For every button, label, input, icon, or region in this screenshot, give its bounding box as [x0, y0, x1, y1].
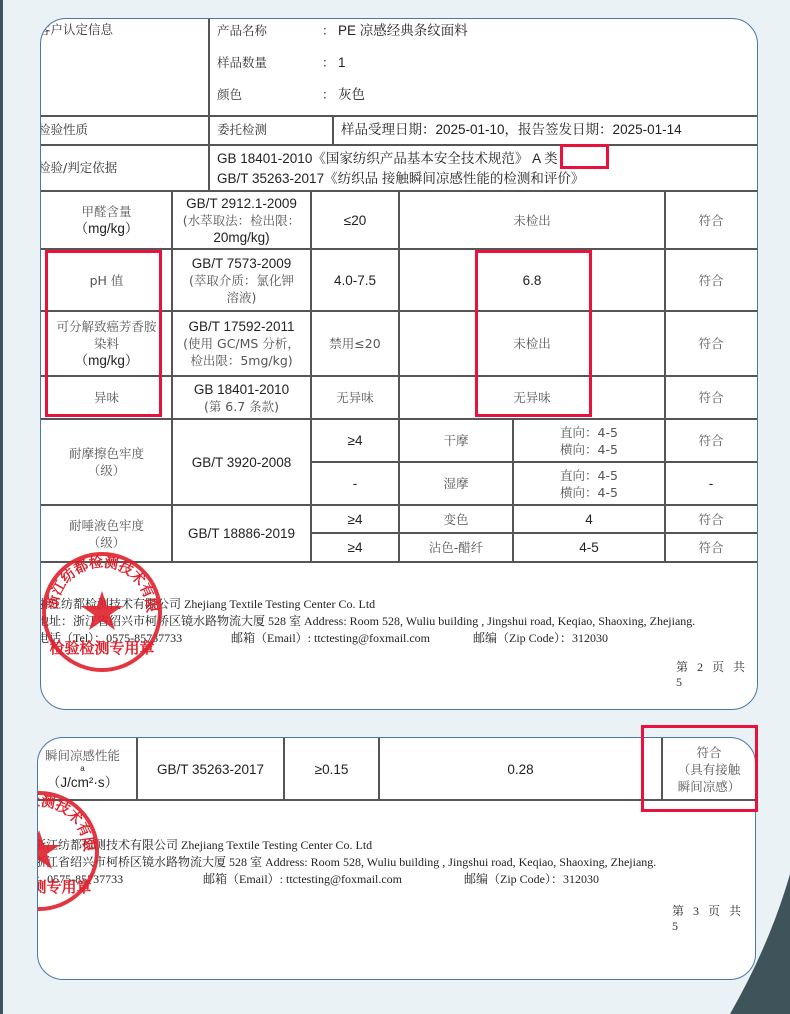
row-verdict: 符合 — [665, 376, 757, 419]
row-verdict: - — [665, 462, 757, 505]
basis-standard-1: GB 18401-2010《国家纺织产品基本安全技术规范》 A 类 — [217, 150, 558, 167]
row-result: 直向：4-5横向：4-5 — [513, 462, 665, 505]
row-verdict: 符合 — [665, 249, 757, 311]
category-tag: A 类 — [532, 151, 558, 166]
field-label-color: 颜色 — [217, 86, 242, 103]
row-verdict: 符合 — [665, 505, 757, 533]
row-method: GB/T 2912.1-2009(水萃取法：检出限：20mg/kg) — [172, 191, 311, 249]
row-item: 耐摩擦色牢度（级） — [41, 419, 172, 505]
row-requirement: 无异味 — [311, 376, 399, 419]
row-requirement: ≥4 — [311, 505, 399, 533]
basis-label: 检验/判定依据 — [40, 159, 117, 176]
svg-text:检验检测专用章: 检验检测专用章 — [37, 878, 92, 896]
row-method: GB/T 35263-2017 — [137, 738, 284, 800]
row-requirement: ≥4 — [311, 533, 399, 562]
row-verdict: 符合 — [665, 311, 757, 376]
official-seal-stamp: 检验检测专用章 浙江纺都检测技术有限公司 — [37, 788, 102, 914]
row-verdict: 符合 — [665, 191, 757, 249]
row-method: GB/T 18886-2019 — [172, 505, 311, 562]
product-name-value: PE 凉感经典条纹面料 — [338, 22, 468, 39]
highlight-item-column — [45, 250, 162, 417]
footer-zip: 邮编（Zip Code）：312030 — [464, 870, 599, 887]
color-value: 灰色 — [338, 86, 365, 103]
row-method: GB 18401-2010(第 6.7 条款) — [172, 376, 311, 419]
left-edge-strip — [0, 0, 3, 1014]
row-requirement: ≤20 — [311, 191, 399, 249]
highlight-verdict-cooling — [641, 725, 758, 812]
sample-qty-value: 1 — [338, 54, 346, 71]
row-method: GB/T 17592-2011(使用 GC/MS 分析，检出限：5mg/kg) — [172, 311, 311, 376]
row-requirement: ≥4 — [311, 419, 399, 462]
inspection-nature-label: 检验性质 — [40, 121, 88, 138]
row-result: 未检出 — [399, 191, 665, 249]
official-seal-stamp: 检验检测专用章 浙江纺都检测技术有限公司 — [40, 549, 165, 675]
row-requirement: 禁用≤20 — [311, 311, 399, 376]
report-page-2: 客户认定信息 产品名称 ： PE 凉感经典条纹面料 样品数量 ： 1 颜色 ： … — [40, 18, 758, 710]
row-requirement: - — [311, 462, 399, 505]
row-result: 直向：4-5横向：4-5 — [513, 419, 665, 462]
client-info-label: 客户认定信息 — [40, 21, 113, 38]
footer-address: 浙江省绍兴市柯桥区镜水路物流大厦 528 室 Address: Room 528… — [37, 853, 656, 870]
row-sub-type: 干摩 — [399, 419, 513, 462]
svg-text:检验检测专用章: 检验检测专用章 — [49, 639, 154, 657]
footer-email: 邮箱（Email）: ttctesting@foxmail.com — [231, 629, 430, 646]
footer-zip: 邮编（Zip Code）：312030 — [473, 629, 608, 646]
row-sub-type: 沾色-醋纤 — [399, 533, 513, 562]
row-sub-type: 变色 — [399, 505, 513, 533]
row-result: 4 — [513, 505, 665, 533]
highlight-result-column — [475, 250, 592, 417]
row-result: 0.28 — [379, 738, 662, 800]
inspection-nature-value: 委托检测 — [217, 121, 267, 138]
page-number: 第 3 页 共 5 — [672, 902, 755, 934]
row-requirement: ≥0.15 — [284, 738, 379, 800]
highlight-category-a — [560, 144, 609, 169]
row-item: 甲醛含量（mg/kg） — [41, 191, 172, 249]
row-method: GB/T 3920-2008 — [172, 419, 311, 505]
page-number: 第 2 页 共 5 — [676, 658, 757, 690]
sample-dates: 样品受理日期：2025-01-10，报告签发日期：2025-01-14 — [341, 121, 682, 138]
row-verdict: 符合 — [665, 533, 757, 562]
field-label-product-name: 产品名称 — [217, 22, 267, 39]
row-result: 4-5 — [513, 533, 665, 562]
footer-email: 邮箱（Email）: ttctesting@foxmail.com — [203, 870, 402, 887]
row-method: GB/T 7573-2009(萃取介质：氯化钾溶液) — [172, 249, 311, 311]
basis-standard-2: GB/T 35263-2017《纺织品 接触瞬间凉感性能的检测和评价》 — [217, 170, 584, 187]
field-label-sample-qty: 样品数量 — [217, 54, 267, 71]
row-sub-type: 湿摩 — [399, 462, 513, 505]
row-verdict: 符合 — [665, 419, 757, 462]
row-requirement: 4.0-7.5 — [311, 249, 399, 311]
